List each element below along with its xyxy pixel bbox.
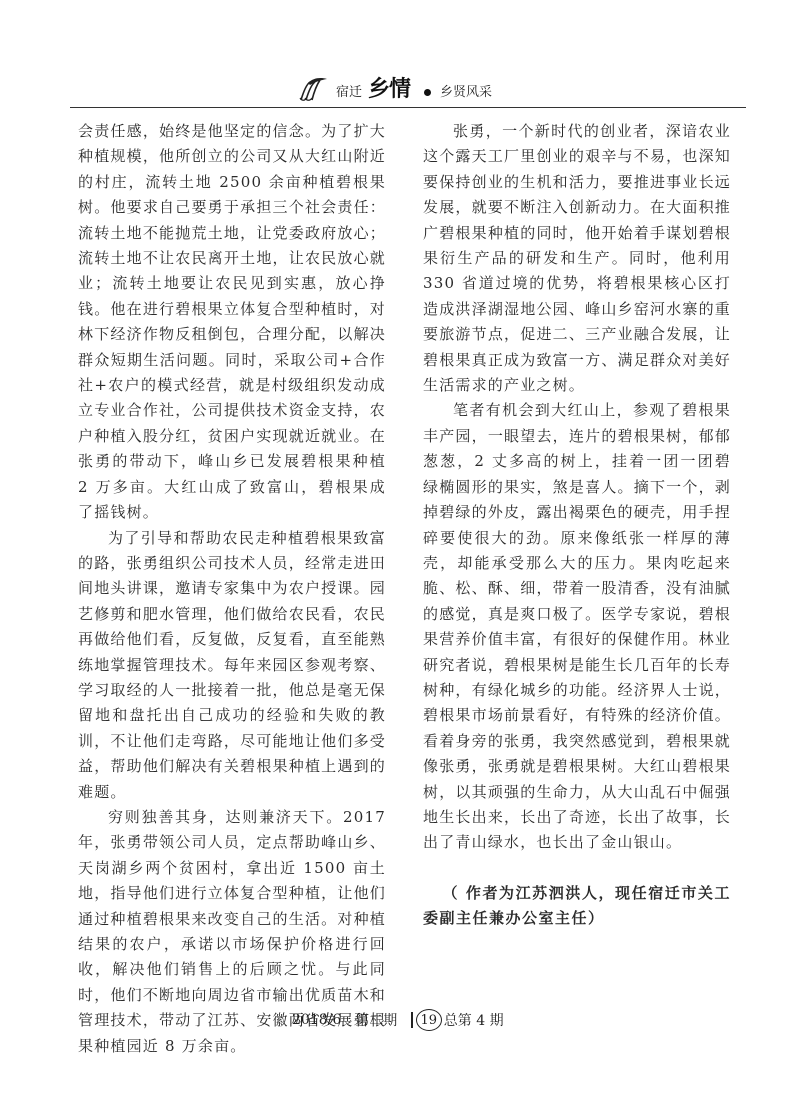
issue-date: 2018/6 [292, 1012, 341, 1028]
author-byline: （ 作者为江苏泗洪人，现任宿迁市关工委副主任兼办公室主任） [423, 881, 731, 932]
paragraph: 张勇，一个新时代的创业者，深谙农业这个露天工厂里创业的艰辛与不易，也深知要保持创… [423, 119, 731, 398]
issue-label: 第二期 [355, 1010, 397, 1030]
divider [411, 1012, 413, 1028]
article-left-column: 会责任感，始终是他坚定的信念。为了扩大种植规模，他所创立的公司又从大红山附近的村… [78, 119, 386, 1059]
paragraph: 笔者有机会到大红山上，参观了碧根果丰产园，一眼望去，连片的碧根果树，郁郁葱葱，2… [423, 398, 731, 855]
article-right-column: 张勇，一个新时代的创业者，深谙农业这个露天工厂里创业的艰辛与不易，也深知要保持创… [423, 119, 731, 932]
bullet-icon [424, 89, 431, 96]
paragraph: 为了引导和帮助农民走种植碧根果致富的路，张勇组织公司技术人员，经常走进田间地头讲… [78, 526, 386, 805]
calligraphy-logo-icon [298, 76, 328, 102]
page-footer: 2018/6 第二期 19 总第 4 期 [292, 1009, 504, 1031]
brand-prefix: 宿迁 [336, 84, 362, 102]
section-name: 乡贤风采 [440, 84, 492, 102]
page-number: 19 [416, 1009, 442, 1031]
paragraph: 会责任感，始终是他坚定的信念。为了扩大种植规模，他所创立的公司又从大红山附近的村… [78, 119, 386, 526]
total-issue: 总第 4 期 [444, 1010, 504, 1030]
masthead: 宿迁 乡情 乡贤风采 [298, 76, 492, 102]
page-header: 宿迁 乡情 乡贤风采 [70, 60, 746, 108]
brand-main: 乡情 [368, 78, 410, 102]
